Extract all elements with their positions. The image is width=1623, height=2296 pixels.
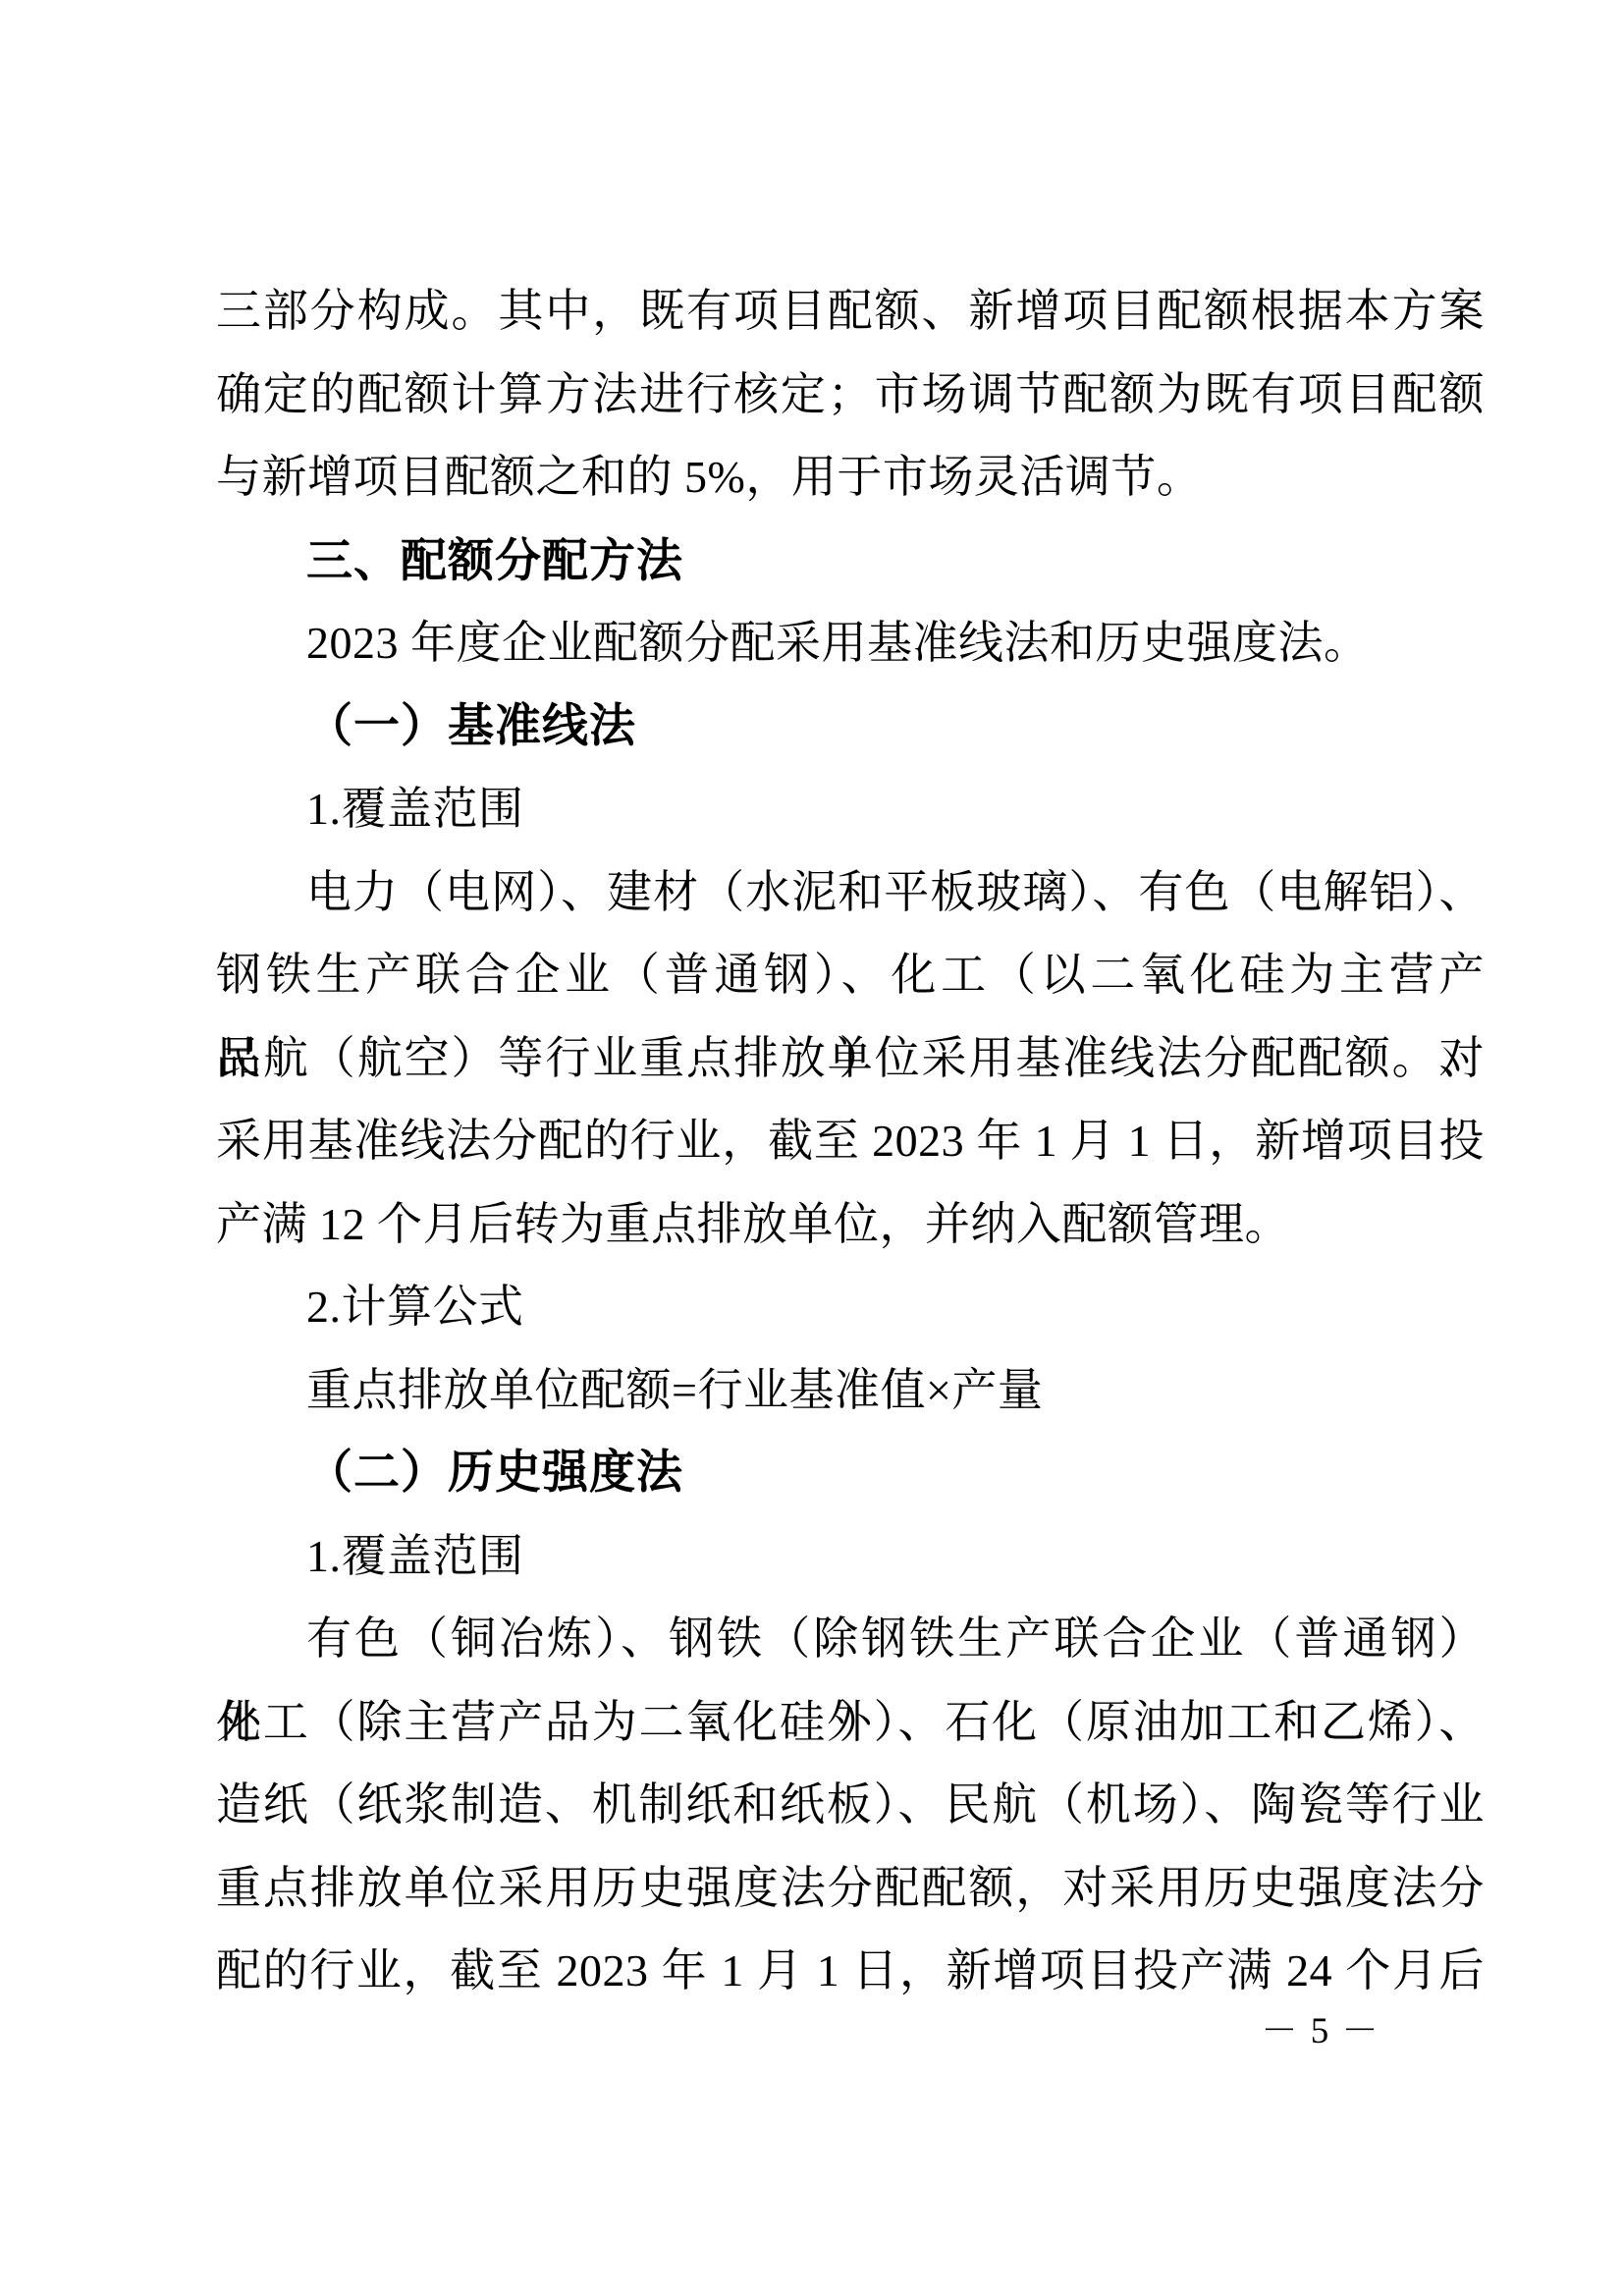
document-page: 三部分构成。其中，既有项目配额、新增项目配额根据本方案 确定的配额计算方法进行核… — [0, 0, 1623, 2296]
text-line: 与新增项目配额之和的 5%，用于市场灵活调节。 — [216, 436, 1485, 519]
text-line: 造纸（纸浆制造、机制纸和纸板）、民航（机场）、陶瓷等行业 — [216, 1764, 1485, 1847]
list-item-heading: 1.覆盖范围 — [216, 768, 1485, 851]
text-line: 产满 12 个月后转为重点排放单位，并纳入配额管理。 — [216, 1183, 1485, 1267]
document-body: 三部分构成。其中，既有项目配额、新增项目配额根据本方案 确定的配额计算方法进行核… — [216, 270, 1485, 2013]
text-line: 确定的配额计算方法进行核定；市场调节配额为既有项目配额 — [216, 354, 1485, 437]
subsection-heading-2: （二）历史强度法 — [216, 1432, 1485, 1515]
text-line: 化工（除主营产品为二氧化硅外）、石化（原油加工和乙烯）、 — [216, 1681, 1485, 1765]
text-line: 重点排放单位采用历史强度法分配配额，对采用历史强度法分 — [216, 1847, 1485, 1931]
text-line: 有色（铜冶炼）、钢铁（除钢铁生产联合企业（普通钢）外）、 — [216, 1598, 1485, 1681]
section-heading-3: 三、配额分配方法 — [216, 519, 1485, 603]
list-item-heading: 2.计算公式 — [216, 1266, 1485, 1349]
subsection-heading-1: （一）基准线法 — [216, 685, 1485, 769]
text-line: 2023 年度企业配额分配采用基准线法和历史强度法。 — [216, 602, 1485, 685]
formula-line: 重点排放单位配额=行业基准值×产量 — [216, 1349, 1485, 1433]
text-line: 钢铁生产联合企业（普通钢）、化工（以二氧化硅为主营产品）、 — [216, 934, 1485, 1017]
text-line: 三部分构成。其中，既有项目配额、新增项目配额根据本方案 — [216, 270, 1485, 354]
list-item-heading: 1.覆盖范围 — [216, 1515, 1485, 1599]
text-line: 配的行业，截至 2023 年 1 月 1 日，新增项目投产满 24 个月后 — [216, 1930, 1485, 2013]
text-line: 采用基准线法分配的行业，截至 2023 年 1 月 1 日，新增项目投 — [216, 1100, 1485, 1183]
page-number: － 5 － — [1257, 2007, 1384, 2056]
text-line: 电力（电网）、建材（水泥和平板玻璃）、有色（电解铝）、 — [216, 851, 1485, 935]
text-line: 民航（航空）等行业重点排放单位采用基准线法分配配额。对 — [216, 1017, 1485, 1101]
